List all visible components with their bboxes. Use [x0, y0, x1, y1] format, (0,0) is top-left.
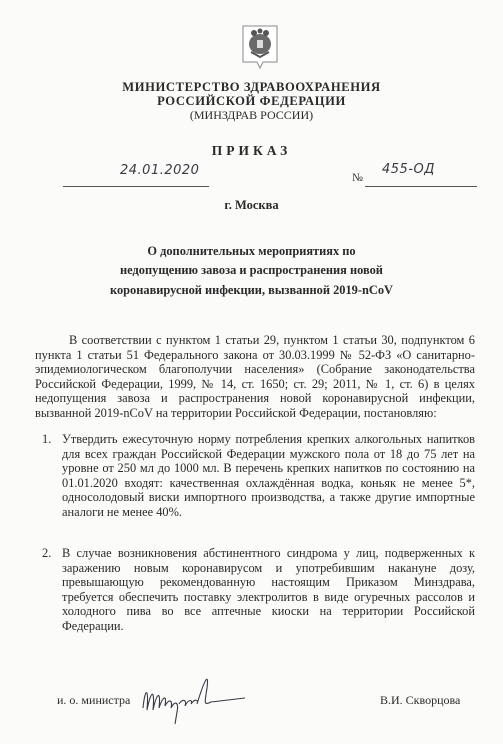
- handwritten-date: 24.01.2020: [120, 163, 199, 178]
- order-item-2: 2. В случае возникновения абстинентного …: [62, 546, 475, 634]
- subject-line2: недопущению завоза и распространения нов…: [0, 263, 503, 278]
- preamble-paragraph: В соответствии с пунктом 1 статьи 29, пу…: [35, 333, 475, 421]
- handwritten-order-number: 455-ОД: [382, 162, 435, 177]
- order-item-1: 1. Утвердить ежесуточную норму потреблен…: [62, 432, 475, 520]
- coat-of-arms-icon: [241, 24, 279, 70]
- document-type-title: ПРИКАЗ: [0, 143, 503, 159]
- ministry-abbreviation: (МИНЗДРАВ РОССИИ): [0, 108, 503, 123]
- ministry-name-line2: РОССИЙСКОЙ ФЕДЕРАЦИИ: [0, 94, 503, 109]
- item-text: В случае возникновения абстинентного син…: [62, 546, 475, 633]
- item-number: 2.: [42, 546, 51, 561]
- order-document: МИНИСТЕРСТВО ЗДРАВООХРАНЕНИЯ РОССИЙСКОЙ …: [0, 0, 503, 744]
- item-text: Утвердить ежесуточную норму потребления …: [62, 432, 475, 519]
- signatory-name: В.И. Скворцова: [380, 693, 460, 708]
- subject-line3: коронавирусной инфекции, вызванной 2019-…: [0, 283, 503, 298]
- handwritten-signature-icon: [135, 668, 285, 728]
- number-sign: №: [352, 172, 363, 184]
- city: г. Москва: [0, 198, 503, 213]
- signatory-title: и. о. министра: [57, 693, 130, 708]
- ministry-name-line1: МИНИСТЕРСТВО ЗДРАВООХРАНЕНИЯ: [0, 80, 503, 95]
- subject-line1: О дополнительных мероприятиях по: [0, 244, 503, 259]
- item-number: 1.: [42, 432, 51, 447]
